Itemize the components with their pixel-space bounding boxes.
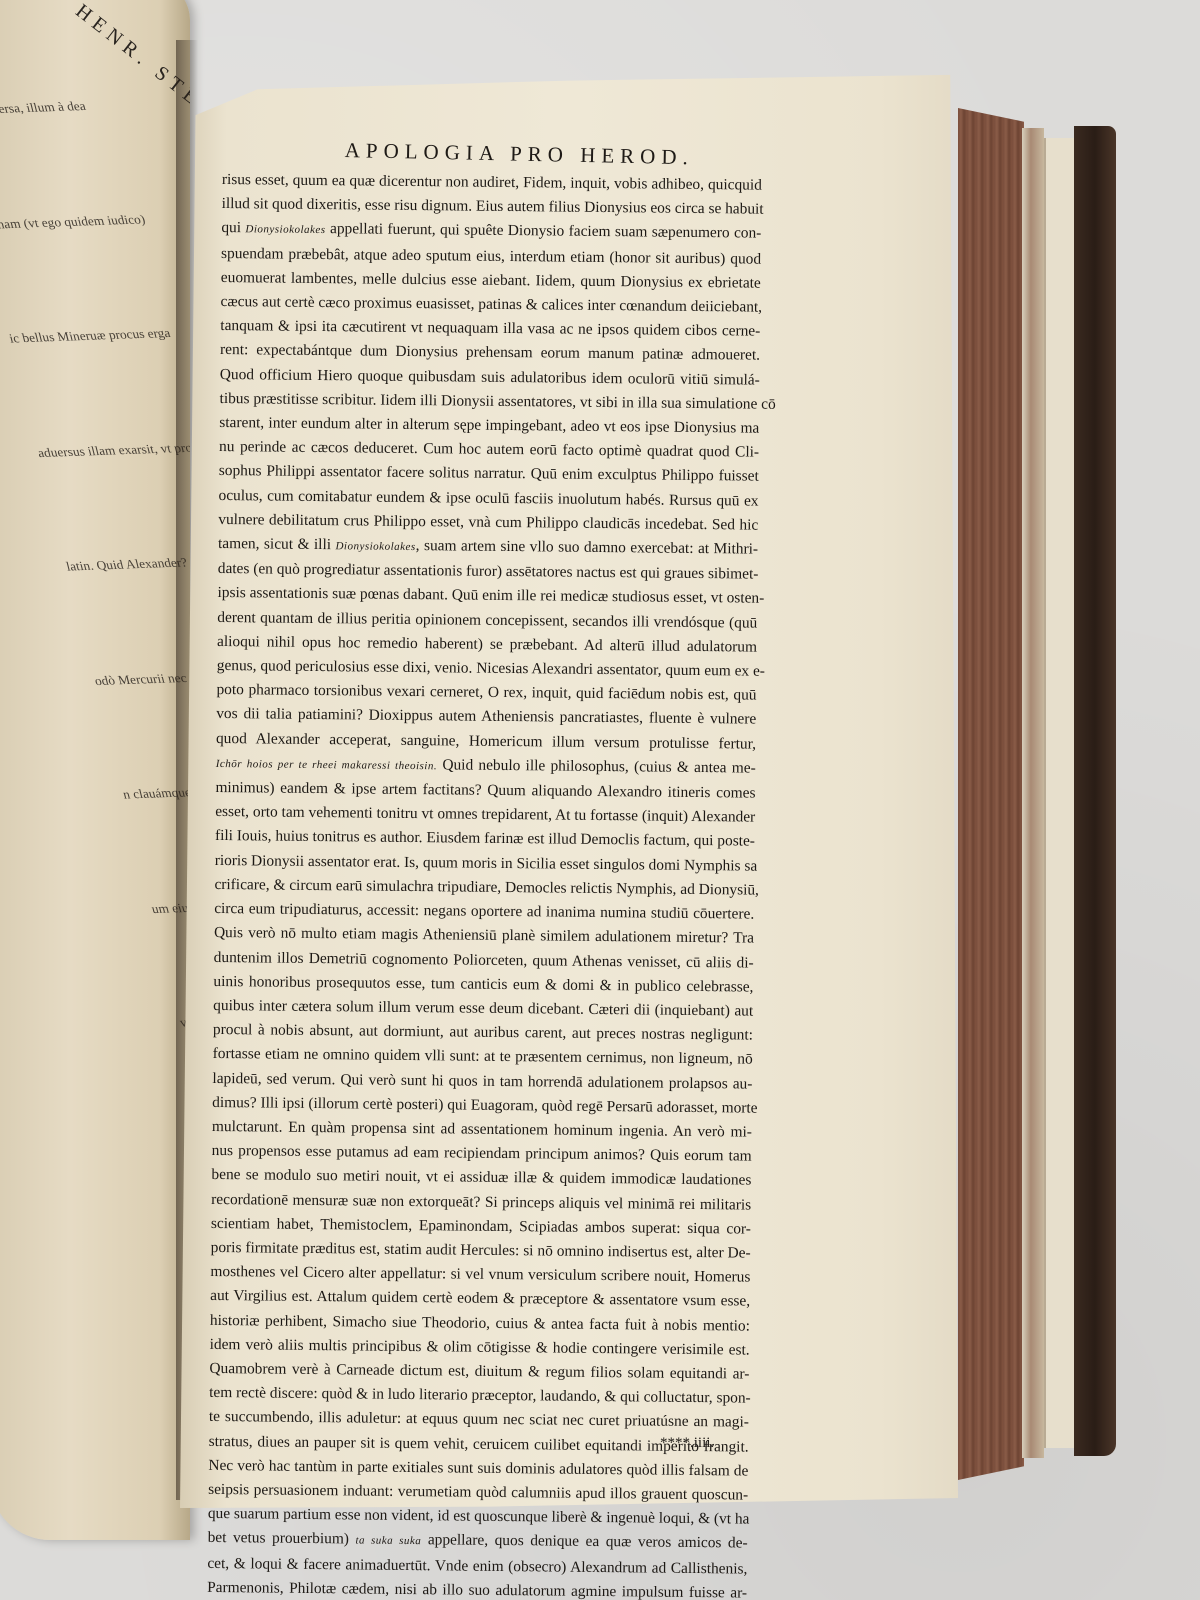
left-text-line: animaduersa, illum à dea [0, 89, 190, 121]
left-page: HENR. STEPHANI animaduersa, illum à deam… [0, 0, 190, 1540]
page-block-edge [1022, 128, 1044, 1458]
signature-mark: ****.iiii. [660, 1435, 714, 1452]
left-text-line: manam (vt ego quidem iudico) [0, 203, 190, 235]
left-text-line: aduersus illam exarsit, vt propter [35, 431, 190, 463]
body-text: risus esset, quum ea quæ dicerentur non … [207, 168, 762, 1600]
left-text-line: latin. Quid Alexander? nónne Ammonis [64, 545, 190, 577]
left-page-text: animaduersa, illum à deamanam (vt ego qu… [0, 89, 190, 1261]
left-text-line: ic bellus Mineruæ procus erga [7, 317, 190, 349]
fore-edge [958, 108, 1024, 1480]
leather-board [1074, 126, 1116, 1456]
